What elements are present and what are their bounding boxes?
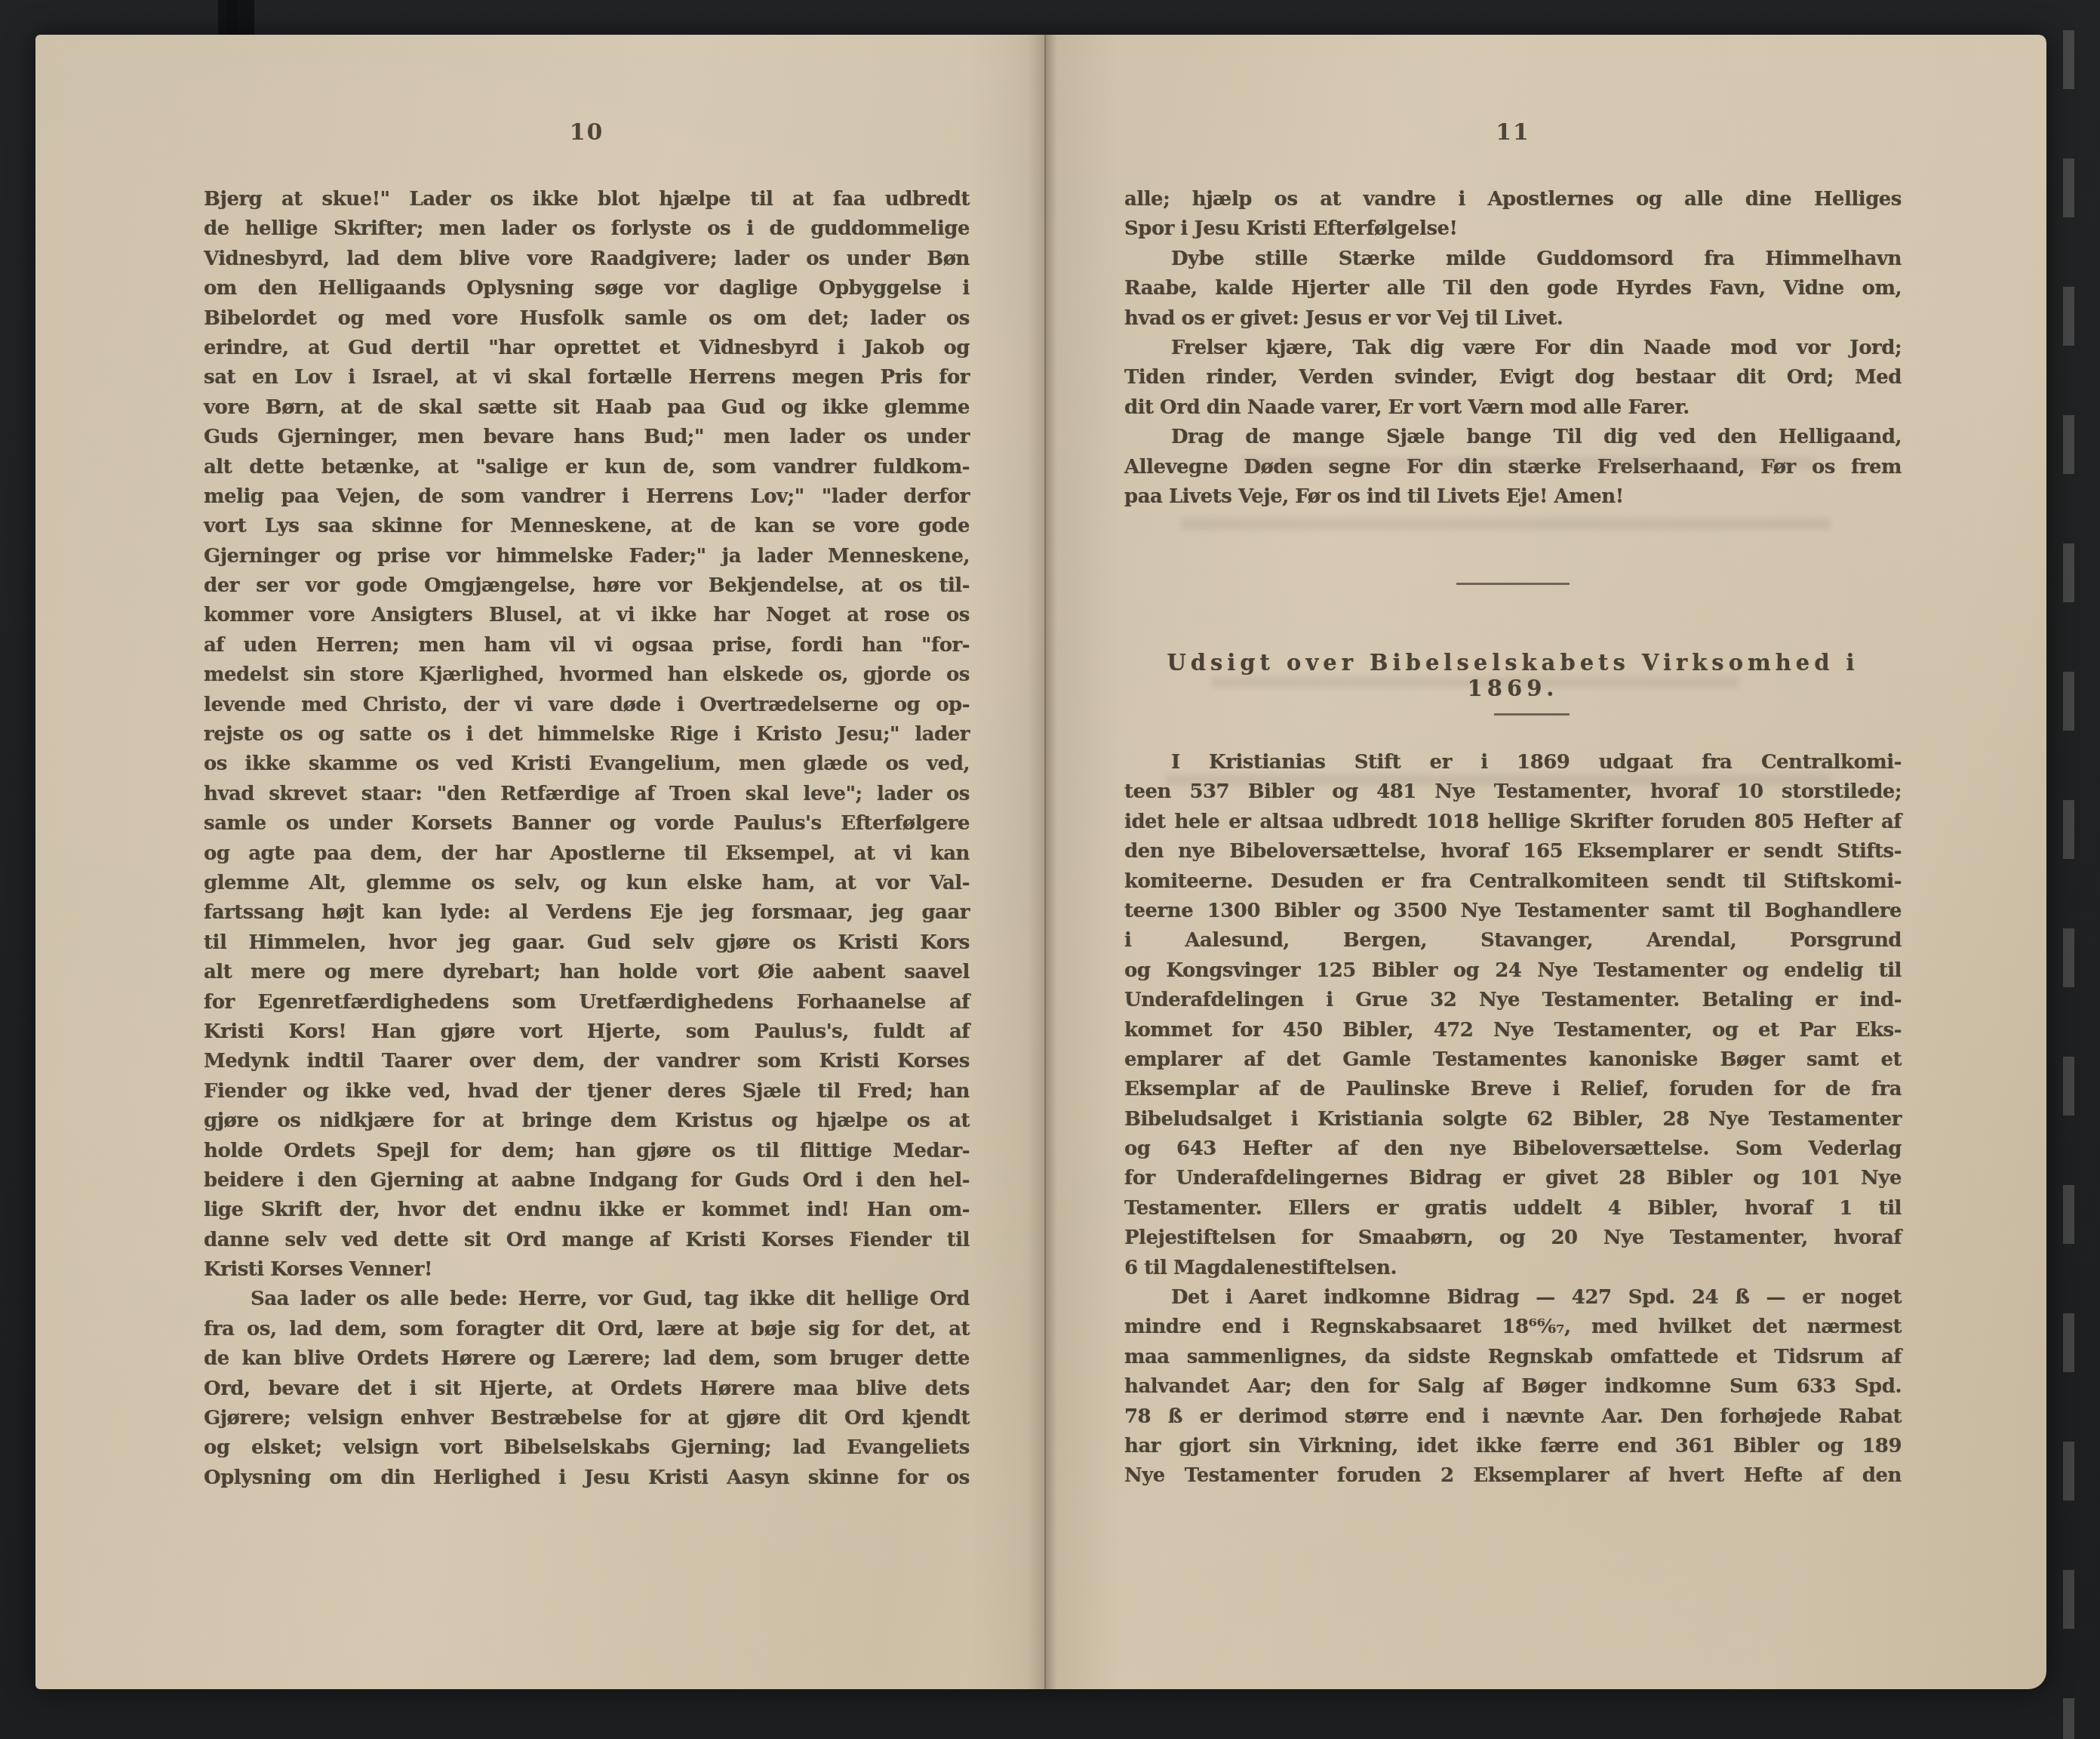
show-through-smudge <box>1241 457 1815 469</box>
text-line: Underafdelingen i Grue 32 Nye Testamente… <box>1124 989 1902 1018</box>
text-line: dit Ord din Naade varer, Er vort Værn mo… <box>1124 396 1902 426</box>
text-line: gjøre os nidkjære for at bringe dem Kris… <box>204 1110 970 1139</box>
text-line: komiteerne. Desuden er fra Centralkomite… <box>1124 870 1902 900</box>
text-line: teerne 1300 Bibler og 3500 Nye Testament… <box>1124 900 1902 929</box>
text-line: Bibeludsalget i Kristiania solgte 62 Bib… <box>1124 1108 1902 1137</box>
text-line: vore Børn, at de skal sætte sit Haab paa… <box>204 396 970 426</box>
text-line: idet hele er altsaa udbredt 1018 hellige… <box>1124 811 1902 840</box>
text-line: Bibelordet og med vore Husfolk samle os … <box>204 307 970 337</box>
text-line: kommet for 450 Bibler, 472 Nye Testament… <box>1124 1019 1902 1048</box>
text-line: os ikke skamme os ved Kristi Evangelium,… <box>204 753 970 782</box>
text-line: halvandet Aar; den for Salg af Bøger ind… <box>1124 1375 1902 1405</box>
text-line: fra os, lad dem, som foragter dit Ord, l… <box>204 1318 970 1347</box>
text-line: maa sammenlignes, da sidste Regnskab omf… <box>1124 1346 1902 1375</box>
text-line: der ser vor gode Omgjængelse, høre vor B… <box>204 574 970 604</box>
text-line: Kristi Korses Venner! <box>204 1258 970 1288</box>
text-line: Eksemplar af de Paulinske Breve i Relief… <box>1124 1078 1902 1107</box>
text-line: Drag de mange Sjæle bange Til dig ved de… <box>1124 426 1902 455</box>
text-line: vort Lys saa skinne for Menneskene, at d… <box>204 515 970 544</box>
text-line: 78 ß er derimod større end i nævnte Aar.… <box>1124 1405 1902 1435</box>
text-line: emplarer af det Gamle Testamentes kanoni… <box>1124 1048 1902 1078</box>
text-line: af uden Herren; men ham vil vi ogsaa pri… <box>204 634 970 663</box>
text-line: Plejestiftelsen for Smaabørn, og 20 Nye … <box>1124 1227 1902 1256</box>
page-number-right: 11 <box>1124 119 1902 146</box>
text-line: Ord, bevare det i sit Hjerte, at Ordets … <box>204 1377 970 1407</box>
text-line: hvad skrevet staar: "den Retfærdige af T… <box>204 783 970 812</box>
text-line: og Kongsvinger 125 Bibler og 24 Nye Test… <box>1124 959 1902 989</box>
text-line: Gjørere; velsign enhver Bestræbelse for … <box>204 1407 970 1436</box>
text-line: alt dette betænke, at "salige er kun de,… <box>204 456 970 485</box>
text-line: medelst sin store Kjærlighed, hvormed ha… <box>204 663 970 693</box>
scanner-ruler-strip <box>2063 30 2074 1739</box>
text-line: lige Skrift der, hvor det endnu ikke er … <box>204 1199 970 1228</box>
text-line: Dybe stille Stærke milde Guddomsord fra … <box>1124 248 1902 277</box>
text-line: levende med Christo, der vi vare døde i … <box>204 694 970 723</box>
text-line: alle; hjælp os at vandre i Apostlernes o… <box>1124 188 1902 217</box>
text-line: Vidnesbyrd, lad dem blive vore Raadgiver… <box>204 248 970 277</box>
page-right-body-text: I Kristianias Stift er i 1869 udgaat fra… <box>1124 751 1902 1494</box>
text-line: melig paa Vejen, de som vandrer i Herren… <box>204 485 970 515</box>
page-right: 11 alle; hjælp os at vandre i Apostlerne… <box>1045 35 2046 1689</box>
text-line: beidere i den Gjerning at aabne Indgang … <box>204 1169 970 1199</box>
text-line: Bjerg at skue!" Lader os ikke blot hjælp… <box>204 188 970 217</box>
text-line: Kristi Kors! Han gjøre vort Hjerte, som … <box>204 1020 970 1050</box>
section-heading: Udsigt over Bibelselskabets Virksomhed i… <box>1124 650 1902 701</box>
text-line: de kan blive Ordets Hørere og Lærere; la… <box>204 1347 970 1377</box>
text-line: Guds Gjerninger, men bevare hans Bud;" m… <box>204 426 970 455</box>
text-line: 6 til Magdalenestiftelsen. <box>1124 1257 1902 1286</box>
text-line: Medynk indtil Taarer over dem, der vandr… <box>204 1050 970 1079</box>
text-line: glemme Alt, glemme os selv, og kun elske… <box>204 872 970 901</box>
text-line: Testamenter. Ellers er gratis uddelt 4 B… <box>1124 1197 1902 1227</box>
text-line: i Aalesund, Bergen, Stavanger, Arendal, … <box>1124 929 1902 959</box>
text-line: paa Livets Veje, Før os ind til Livets E… <box>1124 485 1902 515</box>
text-line: den nye Bibeloversættelse, hvoraf 165 Ek… <box>1124 840 1902 869</box>
text-line: Saa lader os alle bede: Herre, vor Gud, … <box>204 1288 970 1317</box>
page-number-left: 10 <box>204 119 970 146</box>
text-line: teen 537 Bibler og 481 Nye Testamenter, … <box>1124 780 1902 810</box>
text-line: sat en Lov i Israel, at vi skal fortælle… <box>204 366 970 396</box>
text-line: I Kristianias Stift er i 1869 udgaat fra… <box>1124 751 1902 780</box>
section-divider-top <box>1456 583 1570 585</box>
scanned-book-spread: 10 Bjerg at skue!" Lader os ikke blot hj… <box>0 0 2100 1739</box>
text-line: Gjerninger og prise vor himmelske Fader;… <box>204 545 970 574</box>
text-line: for Egenretfærdighedens som Uretfærdighe… <box>204 991 970 1020</box>
text-line: og agte paa dem, der har Apostlerne til … <box>204 842 970 872</box>
text-line: om den Helligaands Oplysning søge vor da… <box>204 277 970 306</box>
text-line: Nye Testamenter foruden 2 Eksemplarer af… <box>1124 1464 1902 1494</box>
page-left: 10 Bjerg at skue!" Lader os ikke blot hj… <box>35 35 1045 1689</box>
show-through-smudge <box>1181 518 1830 530</box>
book-pages: 10 Bjerg at skue!" Lader os ikke blot hj… <box>35 35 2046 1689</box>
text-line: til Himmelen, hvor jeg gaar. Gud selv gj… <box>204 931 970 961</box>
text-line: Raabe, kalde Hjerter alle Til den gode H… <box>1124 277 1902 306</box>
text-line: rejste os og satte os i det himmelske Ri… <box>204 723 970 753</box>
text-line: Fiender og ikke ved, hvad der tjener der… <box>204 1080 970 1110</box>
text-line: Oplysning om din Herlighed i Jesu Kristi… <box>204 1467 970 1496</box>
text-line: erindre, at Gud dertil "har oprettet et … <box>204 337 970 366</box>
section-divider-bottom <box>1494 713 1570 716</box>
text-line: hvad os er givet: Jesus er vor Vej til L… <box>1124 307 1902 337</box>
text-line: fartssang højt kan lyde: al Verdens Eje … <box>204 901 970 931</box>
page-left-text: Bjerg at skue!" Lader os ikke blot hjælp… <box>204 188 970 1496</box>
text-line: kommer vore Ansigters Blusel, at vi ikke… <box>204 604 970 633</box>
text-line: danne selv ved dette sit Ord mange af Kr… <box>204 1229 970 1258</box>
text-line: alt mere og mere dyrebart; han holde vor… <box>204 961 970 990</box>
text-line: de hellige Skrifter; men lader os forlys… <box>204 217 970 247</box>
text-line: Spor i Jesu Kristi Efterfølgelse! <box>1124 217 1902 247</box>
text-line: Frelser kjære, Tak dig være For din Naad… <box>1124 337 1902 366</box>
text-line: Tiden rinder, Verden svinder, Evigt dog … <box>1124 366 1902 396</box>
text-line: Det i Aaret indkomne Bidrag — 427 Spd. 2… <box>1124 1286 1902 1316</box>
text-line: samle os under Korsets Banner og vorde P… <box>204 812 970 842</box>
text-line: og 643 Hefter af den nye Bibeloversættel… <box>1124 1137 1902 1167</box>
text-line: og elsket; velsign vort Bibelselskabs Gj… <box>204 1436 970 1466</box>
text-line: mindre end i Regnskabsaaret 18⁶⁶⁄₆₇, med… <box>1124 1316 1902 1345</box>
text-line: for Underafdelingernes Bidrag er givet 2… <box>1124 1167 1902 1196</box>
text-line: holde Ordets Spejl for dem; han gjøre os… <box>204 1140 970 1169</box>
text-line: har gjort sin Virkning, idet ikke færre … <box>1124 1435 1902 1464</box>
